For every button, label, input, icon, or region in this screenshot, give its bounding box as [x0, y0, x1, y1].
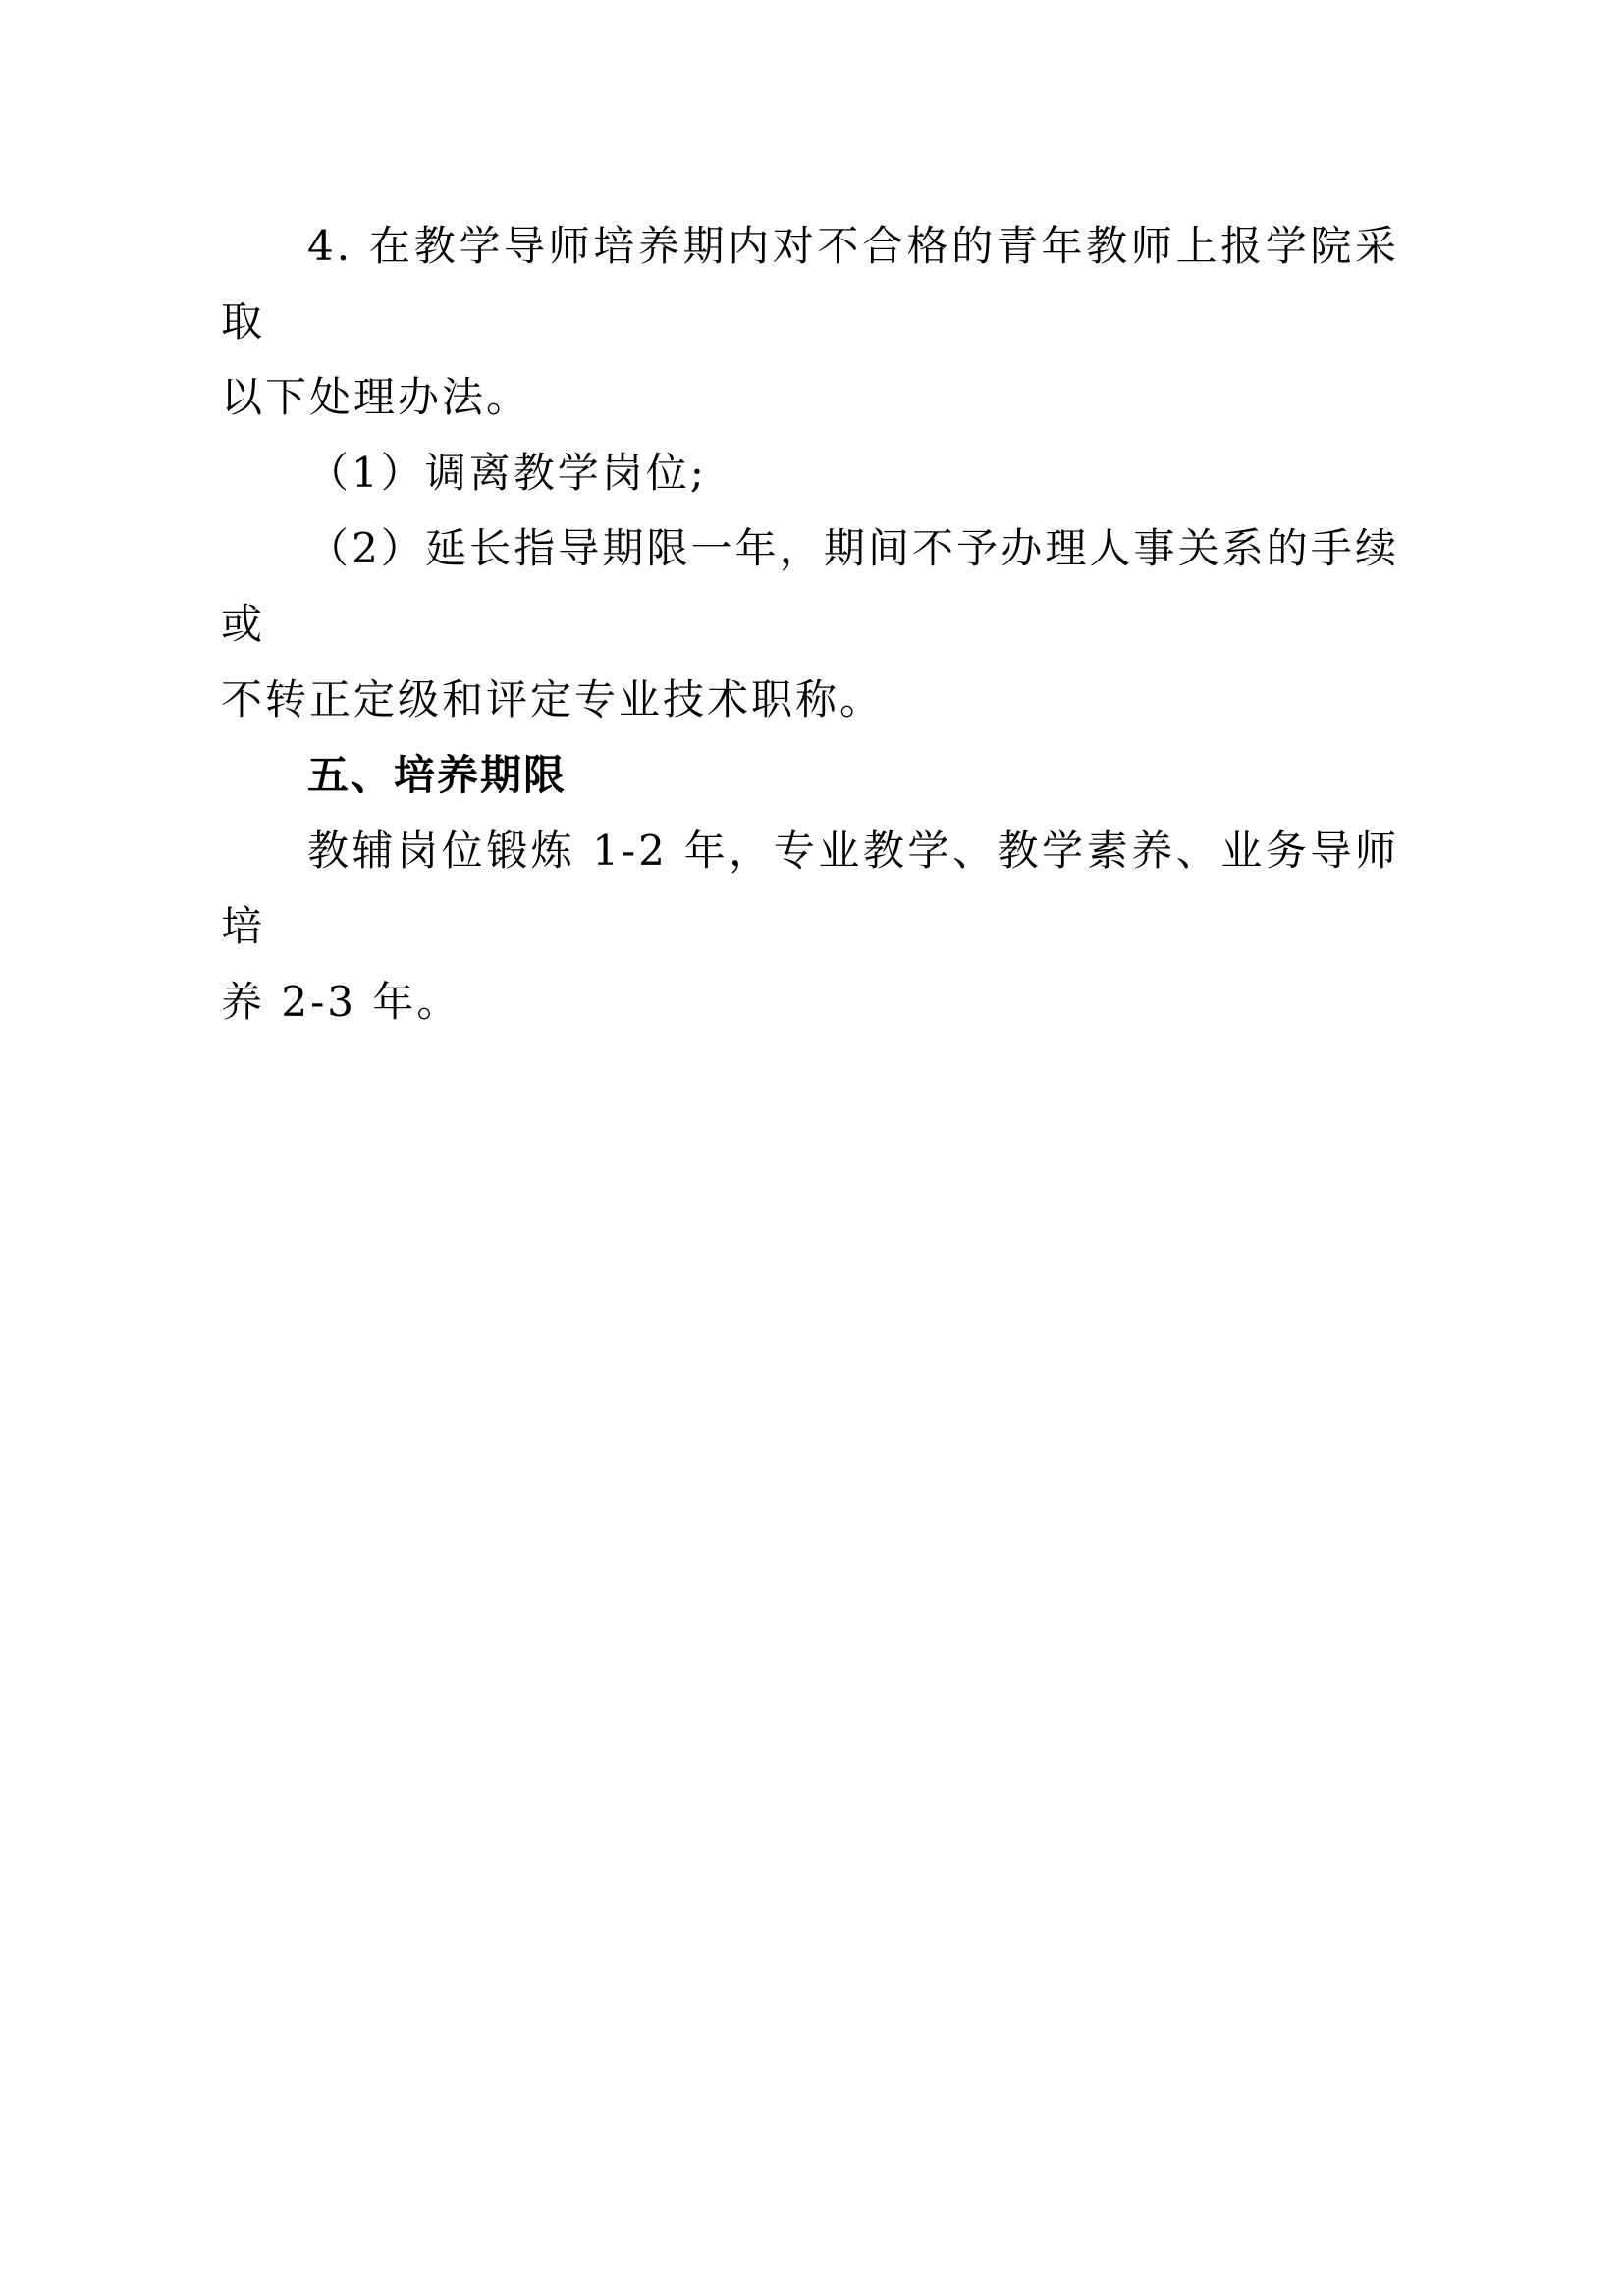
paragraph-item-1: （1）调离教学岗位; — [221, 435, 1399, 510]
heading-text: 五、培养期限 — [221, 737, 1399, 813]
document-page: 4. 在教学导师培养期内对不合格的青年教师上报学院采取 以下处理办法。 （1）调… — [221, 208, 1399, 1040]
paragraph-item-2: （2）延长指导期限一年，期间不予办理人事关系的手续或 不转正定级和评定专业技术职… — [221, 510, 1399, 737]
text-line: 养 2-3 年。 — [221, 964, 1399, 1040]
paragraph-disposal-measures: 4. 在教学导师培养期内对不合格的青年教师上报学院采取 以下处理办法。 — [221, 208, 1399, 435]
text-line: 不转正定级和评定专业技术职称。 — [221, 662, 1399, 737]
text-line: 教辅岗位锻炼 1-2 年，专业教学、教学素养、业务导师培 — [221, 813, 1399, 964]
paragraph-training-period: 教辅岗位锻炼 1-2 年，专业教学、教学素养、业务导师培 养 2-3 年。 — [221, 813, 1399, 1040]
text-line: 以下处理办法。 — [221, 359, 1399, 435]
text-line: （2）延长指导期限一年，期间不予办理人事关系的手续或 — [221, 510, 1399, 662]
section-heading-training-period: 五、培养期限 — [221, 737, 1399, 813]
text-line: （1）调离教学岗位; — [221, 435, 1399, 510]
text-line: 4. 在教学导师培养期内对不合格的青年教师上报学院采取 — [221, 208, 1399, 359]
